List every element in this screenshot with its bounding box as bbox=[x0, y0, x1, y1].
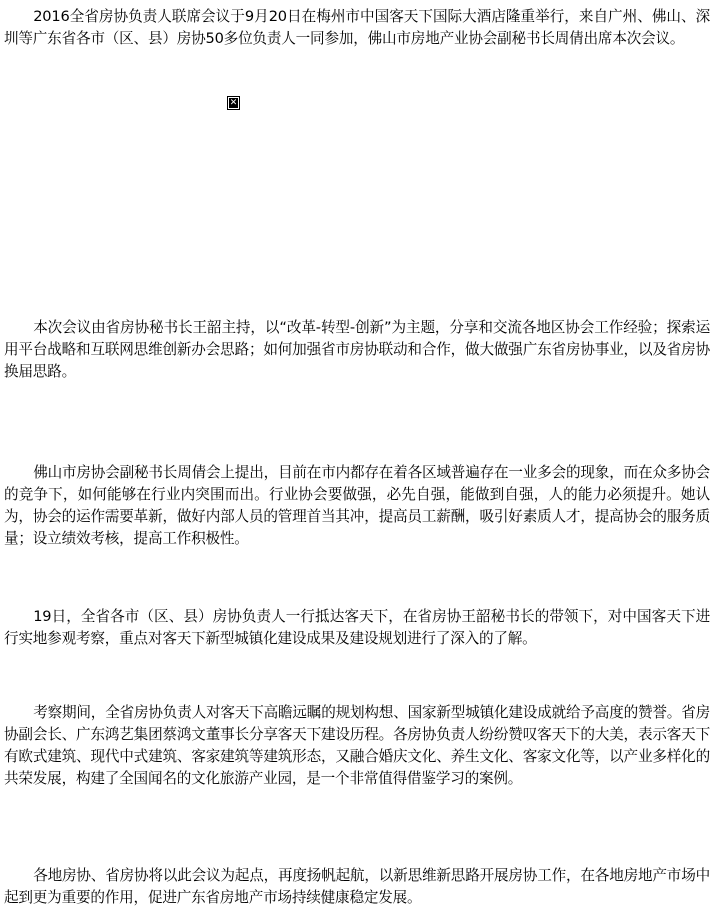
paragraph-site-visit: 19日，全省各市（区、县）房协负责人一行抵达客天下，在省房协王韶秘书长的带领下，… bbox=[4, 606, 710, 650]
paragraph-meeting-theme: 本次会议由省房协秘书长王韶主持，以“改革-转型-创新”为主题，分享和交流各地区协… bbox=[4, 317, 710, 383]
paragraph-conclusion: 各地房协、省房协将以此会议为起点，再度扬帆起航，以新思维新思路开展房协工作，在各… bbox=[4, 865, 710, 909]
paragraph-foshan-speech: 佛山市房协会副秘书长周倩会上提出，目前在市内都存在着各区域普遍存在一业多会的现象… bbox=[4, 462, 710, 550]
paragraph-intro: 2016全省房协负责人联席会议于9月20日在梅州市中国客天下国际大酒店隆重举行，… bbox=[4, 6, 710, 50]
broken-image-icon: ✕ bbox=[227, 96, 240, 110]
paragraph-inspection: 考察期间，全省房协负责人对客天下高瞻远瞩的规划构想、国家新型城镇化建设成就给予高… bbox=[4, 702, 710, 790]
broken-image-glyph: ✕ bbox=[229, 98, 238, 108]
